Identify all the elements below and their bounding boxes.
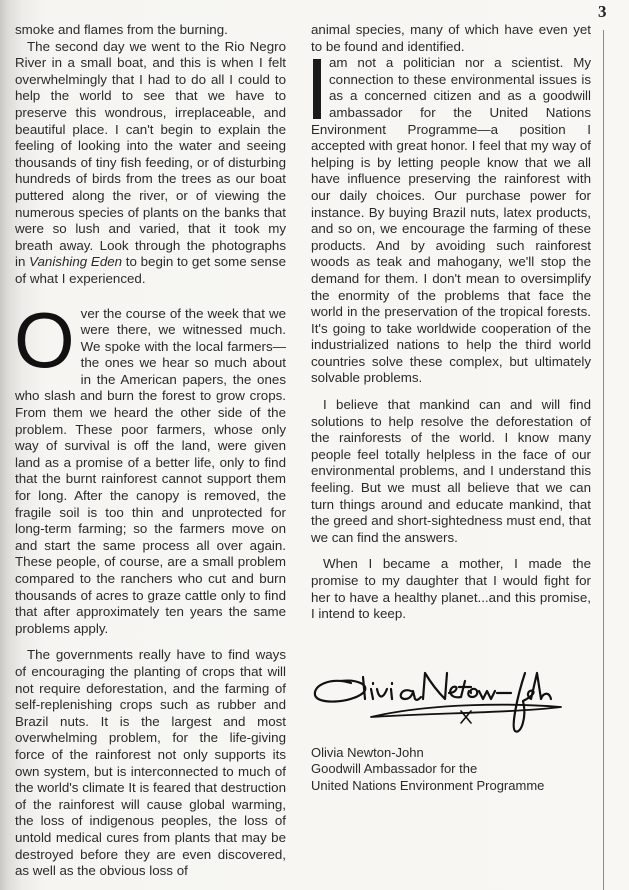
paragraph: When I became a mother, I made the promi… xyxy=(311,556,591,622)
page-number: 3 xyxy=(598,2,607,22)
signer-title: Goodwill Ambassador for the xyxy=(311,761,591,778)
drop-cap: O xyxy=(14,309,75,373)
paragraph: The second day we went to the Rio Negro … xyxy=(15,39,286,288)
paragraph: Over the course of the week that we were… xyxy=(15,306,286,638)
book-title: Vanishing Eden xyxy=(29,254,122,269)
paragraph: am not a politician nor a scientist. My … xyxy=(311,55,591,387)
paragraph: The governments really have to find ways… xyxy=(15,647,286,879)
paragraph: smoke and flames from the burning. xyxy=(15,22,286,39)
signature-block: Olivia Newton-John Goodwill Ambassador f… xyxy=(311,745,591,795)
signature-icon xyxy=(311,667,581,737)
signer-name: Olivia Newton-John xyxy=(311,745,591,762)
signer-organization: United Nations Environment Programme xyxy=(311,778,591,795)
column-rule xyxy=(603,30,604,890)
left-column: smoke and flames from the burning. The s… xyxy=(15,22,286,880)
paragraph: animal species, many of which have even … xyxy=(311,22,591,55)
paragraph: I believe that mankind can and will find… xyxy=(311,397,591,546)
drop-cap xyxy=(313,59,321,119)
right-column: animal species, many of which have even … xyxy=(311,22,591,794)
